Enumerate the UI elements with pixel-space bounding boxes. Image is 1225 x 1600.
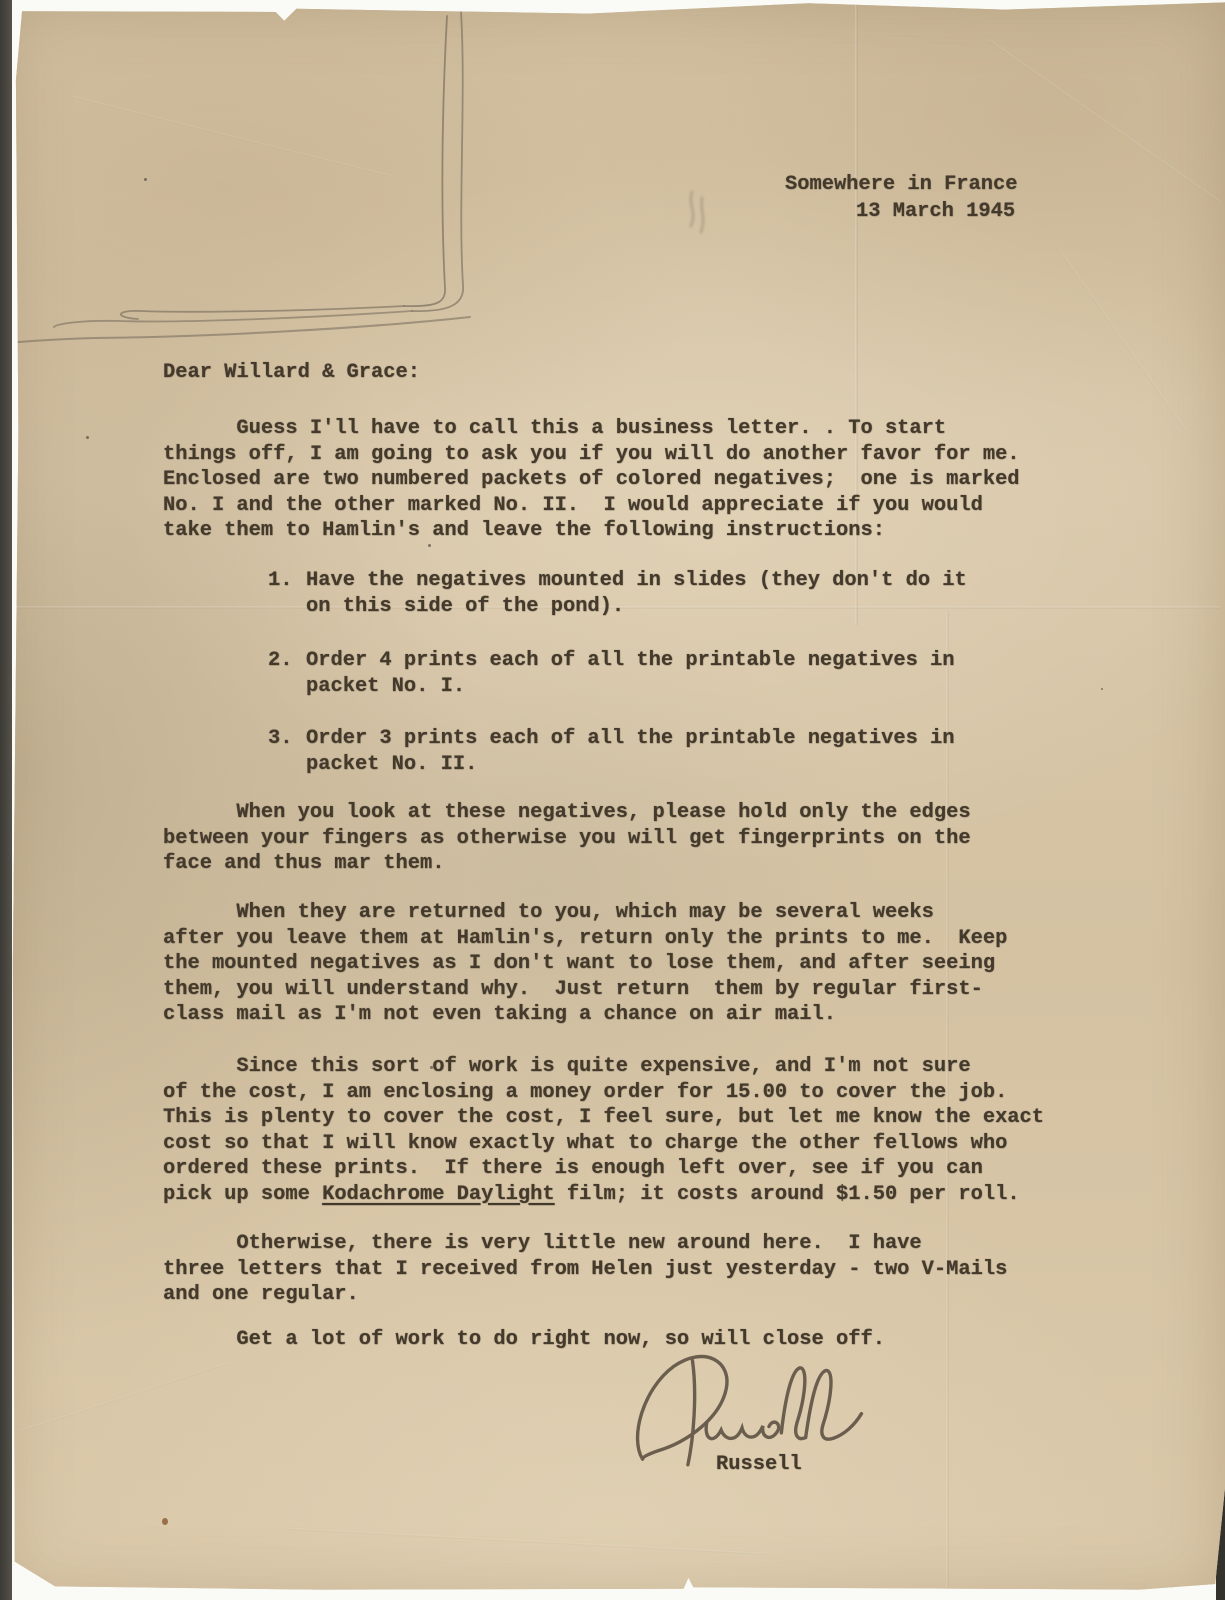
paper-crease — [989, 40, 1220, 202]
paragraph-4-text-end: film; it costs around $1.50 per roll. — [555, 1183, 1020, 1206]
list-item-3: 3.Order 3 prints each of all the printab… — [268, 726, 1048, 777]
letter-paragraph-3: When they are returned to you, which may… — [163, 900, 1063, 1028]
list-number: 2. — [268, 648, 306, 699]
paper-crease — [70, 95, 391, 177]
graphite-smudge — [670, 175, 740, 255]
paper-stain — [162, 1518, 168, 1525]
letter-paragraph-2: When you look at these negatives, please… — [163, 800, 1063, 877]
letter-closing: Get a lot of work to do right now, so wi… — [163, 1327, 1063, 1353]
paper-speck — [1101, 688, 1103, 690]
letter-salutation: Dear Willard & Grace: — [163, 360, 420, 386]
pencil-corner-marks — [0, 0, 520, 360]
letter-paragraph-5: Otherwise, there is very little new arou… — [163, 1231, 1063, 1308]
list-text: Order 4 prints each of all the printable… — [306, 648, 955, 699]
paper-crease — [20, 1362, 230, 1432]
list-item-2: 2.Order 4 prints each of all the printab… — [268, 648, 1048, 699]
paper-crease — [1059, 250, 1187, 431]
paper-speck — [144, 178, 147, 181]
paper-crease — [290, 1528, 769, 1555]
scanner-edge-left — [0, 0, 12, 1600]
letter-paragraph-1: Guess I'll have to call this a business … — [163, 416, 1063, 544]
letter-date: 13 March 1945 — [856, 199, 1015, 225]
underlined-phrase: Kodachrome Daylight — [322, 1183, 555, 1206]
list-number: 3. — [268, 726, 306, 777]
list-text: Have the negatives mounted in slides (th… — [306, 568, 967, 619]
letter-paper: Somewhere in France 13 March 1945 Dear W… — [0, 0, 1225, 1600]
list-text: Order 3 prints each of all the printable… — [306, 726, 955, 777]
list-number: 1. — [268, 568, 306, 619]
handwritten-signature — [610, 1348, 875, 1468]
paper-speck — [428, 544, 431, 547]
list-item-1: 1.Have the negatives mounted in slides (… — [268, 568, 1048, 619]
letter-paragraph-4: Since this sort of work is quite expensi… — [163, 1054, 1073, 1207]
paper-speck — [86, 436, 89, 439]
typed-signature-name: Russell — [716, 1452, 802, 1478]
letter-location: Somewhere in France — [785, 172, 1018, 198]
